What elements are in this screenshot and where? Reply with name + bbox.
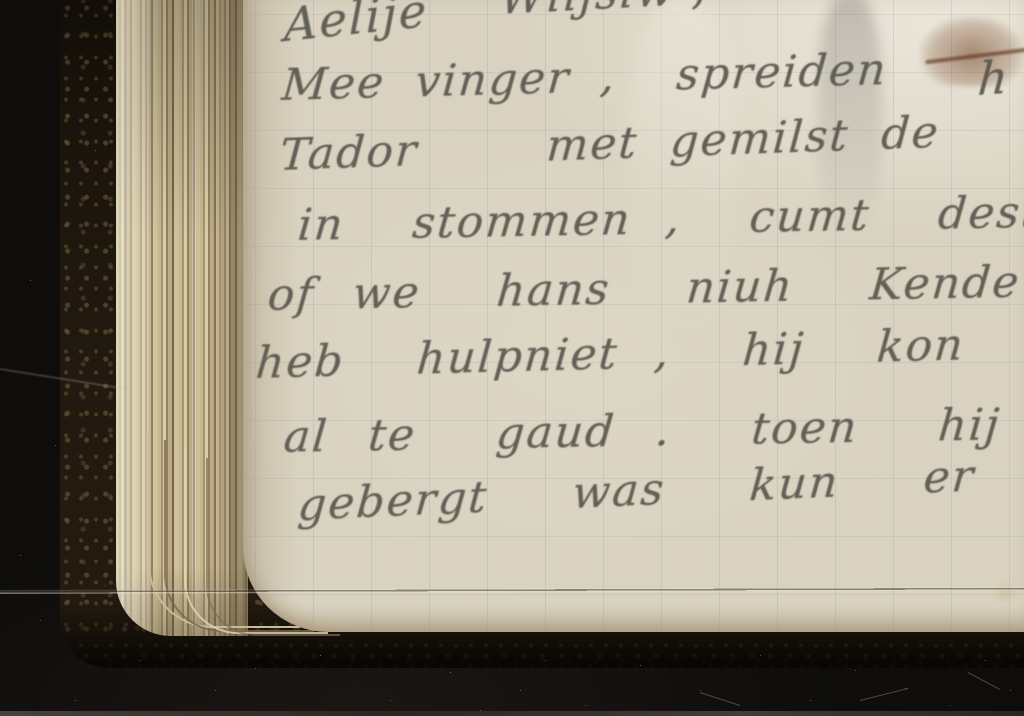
- dust-speckles: [0, 0, 1, 1]
- notebook-scan-background: Aelije Wlijslw , Mee vinger , spreiden h…: [0, 0, 1024, 716]
- dust-fiber: [700, 692, 740, 706]
- dust-fiber: [968, 672, 1000, 690]
- table-edge-highlight: [0, 711, 1024, 716]
- handwriting-fragment: h: [976, 54, 1011, 102]
- notebook-page: Aelije Wlijslw , Mee vinger , spreiden h…: [243, 0, 1024, 632]
- handwriting-line: al te gaud . toen hij er: [282, 401, 1024, 460]
- dust-fiber: [860, 688, 909, 701]
- handwriting-line: of we hans niuh Kende: [266, 261, 1022, 318]
- handwriting-line: in stommen , cumt destr: [296, 191, 1024, 248]
